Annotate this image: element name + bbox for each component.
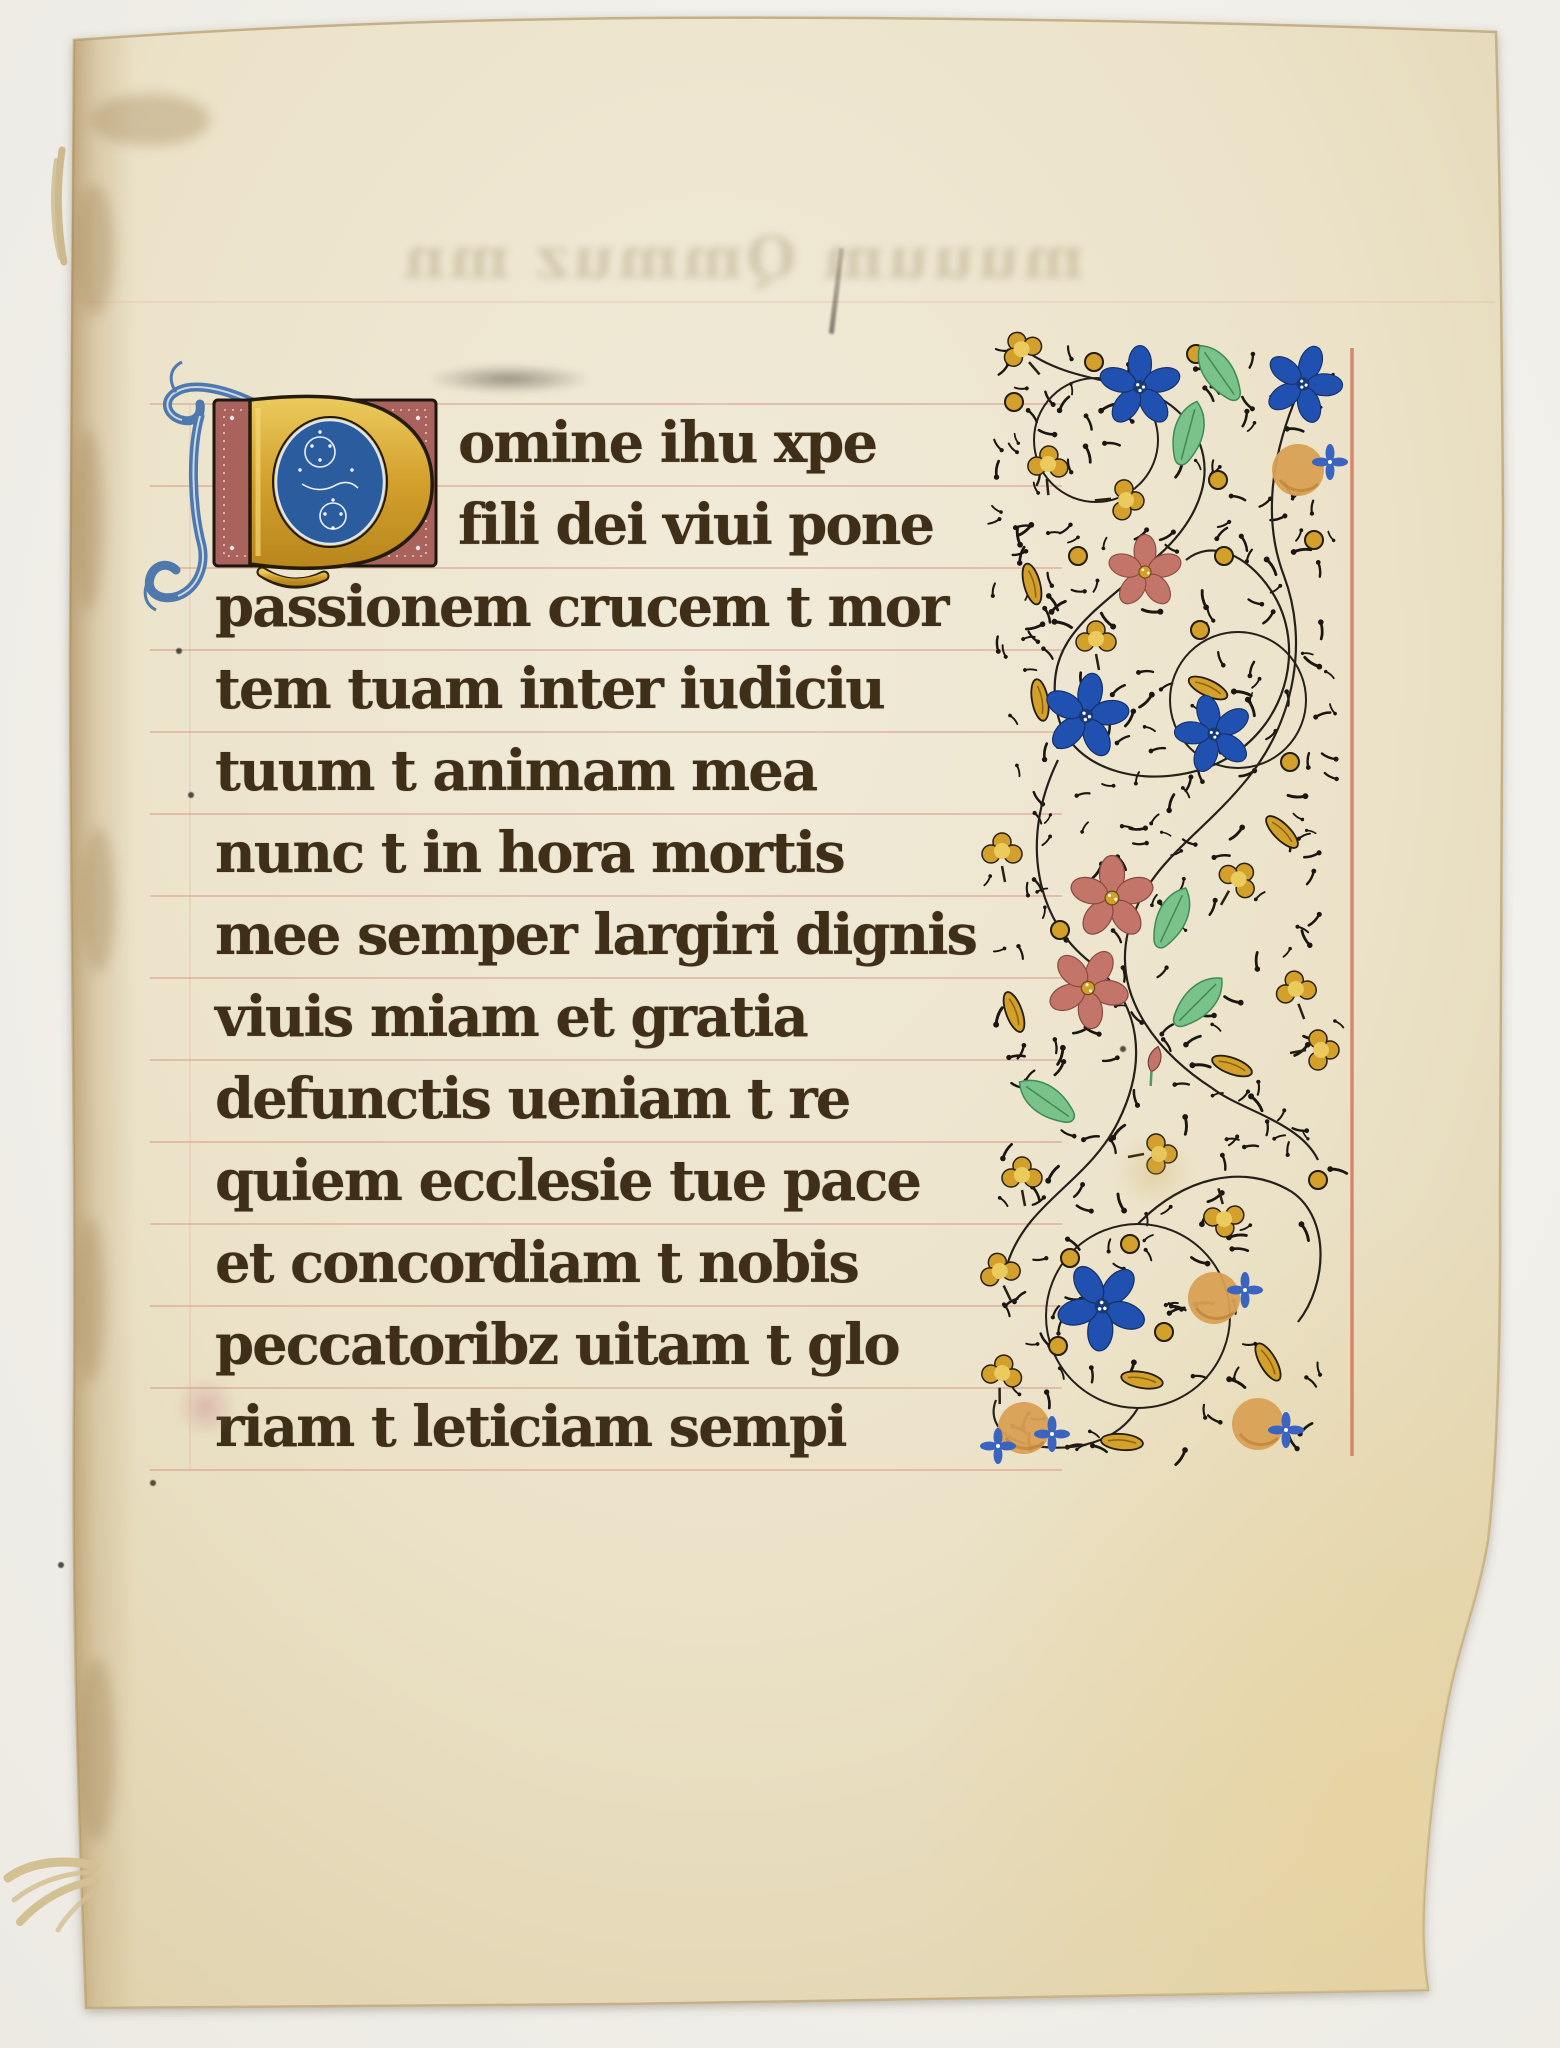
motif-fruit (1188, 1272, 1240, 1324)
motif-disc (1121, 1235, 1139, 1253)
motif-disc (1305, 531, 1323, 549)
motif-disc (1051, 921, 1069, 939)
motif-disc (1209, 471, 1227, 489)
motif-disc (1215, 547, 1233, 565)
manuscript-photo: muuum Qmmuz mn omine ihu xpe fili dei vi… (0, 0, 1560, 2048)
motif-fruit (1232, 1398, 1284, 1450)
binding-thread-top (53, 150, 64, 262)
motif-fruit (1272, 444, 1324, 496)
motif-disc (1281, 753, 1299, 771)
motif-disc (1069, 547, 1087, 565)
initial-counter (276, 420, 384, 544)
motif-disc (1309, 1171, 1327, 1189)
motif-disc (1155, 1323, 1173, 1341)
motif-disc (1061, 1249, 1079, 1267)
motif-disc (1191, 621, 1209, 639)
motif-disc (1085, 353, 1103, 371)
motif-disc (1049, 1337, 1067, 1355)
motif-disc (1005, 393, 1023, 411)
manuscript-leaf (0, 0, 1560, 2048)
